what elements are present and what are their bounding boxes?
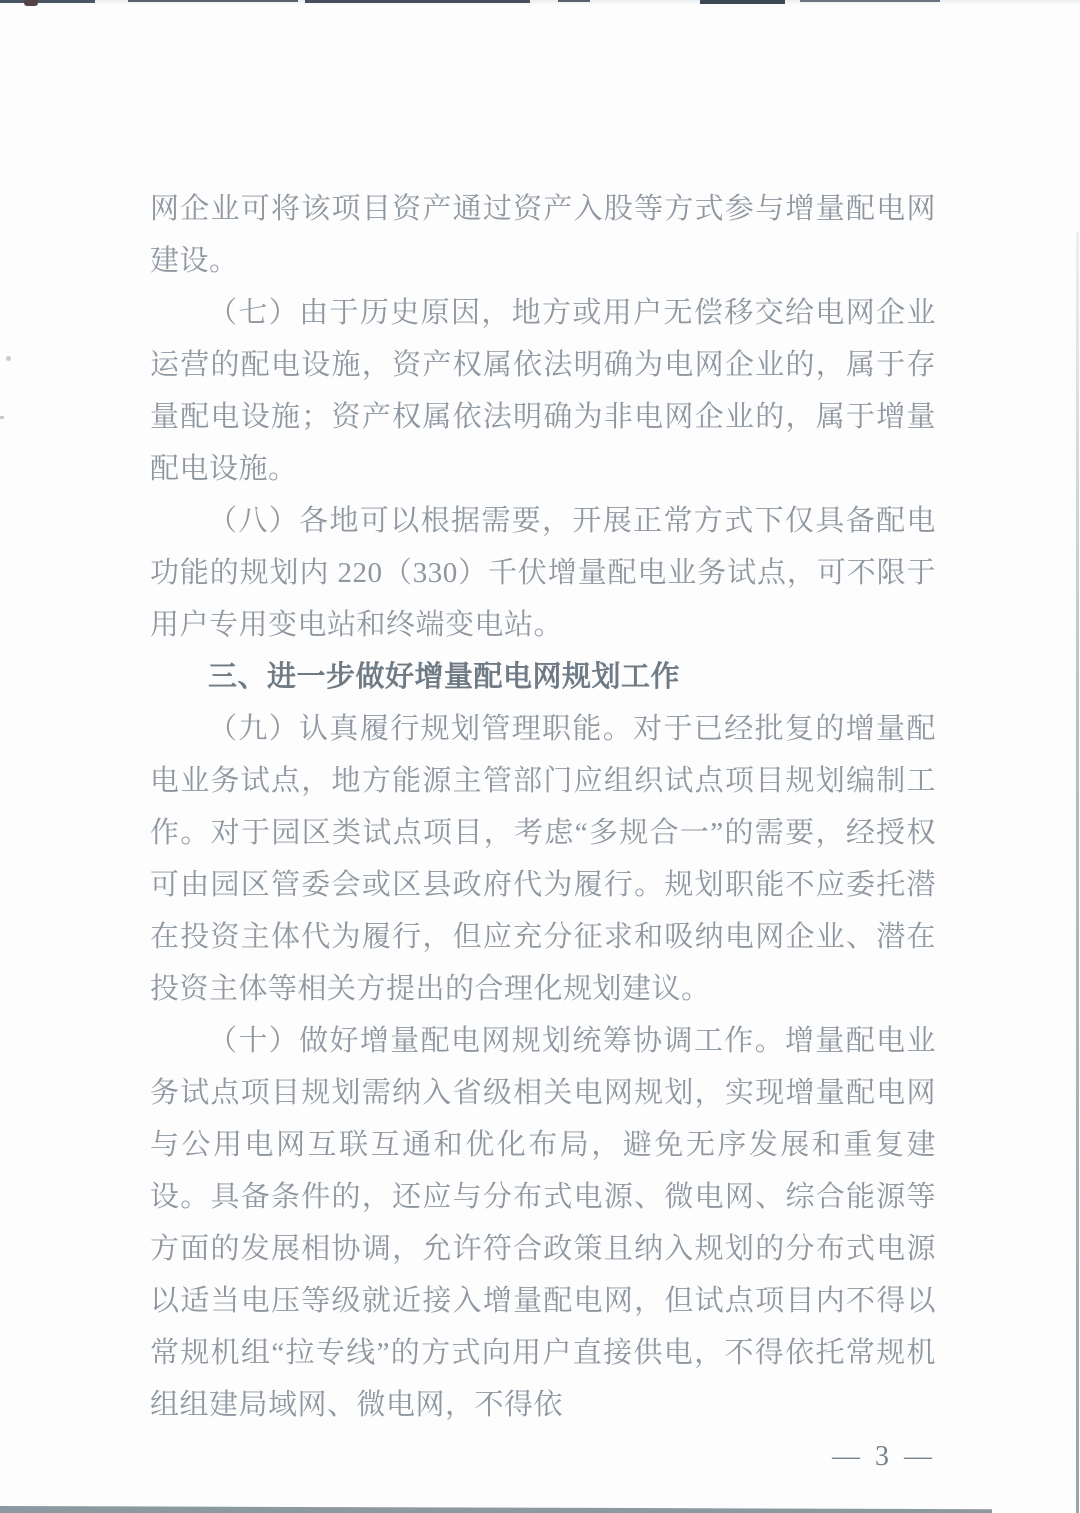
paragraph-continuation: 网企业可将该项目资产通过资产入股等方式参与增量配电网建设。 <box>150 183 936 287</box>
page-number: — 3 — <box>150 1437 936 1477</box>
scan-speck <box>0 416 4 419</box>
document-body: 网企业可将该项目资产通过资产入股等方式参与增量配电网建设。 （七）由于历史原因，… <box>150 183 936 1477</box>
paragraph-10: （十）做好增量配电网规划统筹协调工作。增量配电业务试点项目规划需纳入省级相关电网… <box>150 1015 936 1431</box>
scan-speck <box>6 356 11 361</box>
page-edge-bottom <box>0 1503 992 1513</box>
paragraph-9: （九）认真履行规划管理职能。对于已经批复的增量配电业务试点，地方能源主管部门应组… <box>150 703 936 1015</box>
scan-artifact <box>128 0 298 2</box>
scan-artifact <box>305 0 530 3</box>
page-edge-right <box>1076 232 1079 1513</box>
scan-artifact <box>800 0 940 2</box>
document-page: 网企业可将该项目资产通过资产入股等方式参与增量配电网建设。 （七）由于历史原因，… <box>0 0 1080 1513</box>
scan-artifact <box>700 0 785 4</box>
scan-artifact <box>558 0 590 2</box>
section-heading-3: 三、进一步做好增量配电网规划工作 <box>150 651 936 703</box>
paragraph-8: （八）各地可以根据需要，开展正常方式下仅具备配电功能的规划内 220（330）千… <box>150 495 936 651</box>
scan-artifact <box>0 0 95 3</box>
scan-artifact <box>24 0 38 6</box>
paragraph-7: （七）由于历史原因，地方或用户无偿移交给电网企业运营的配电设施，资产权属依法明确… <box>150 287 936 495</box>
